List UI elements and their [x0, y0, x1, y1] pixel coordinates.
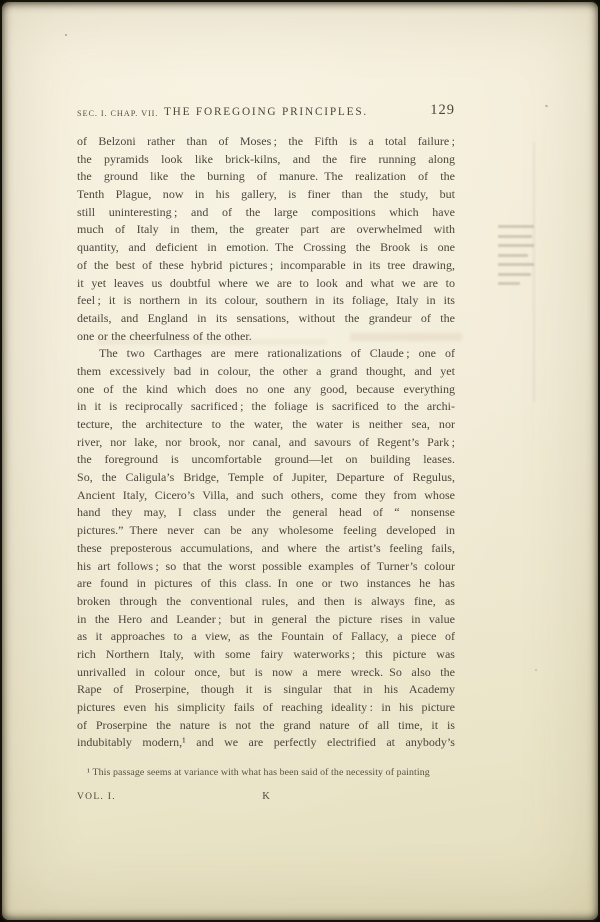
text-line: the foreground is uncomfortable ground—l… — [77, 451, 455, 469]
text-line: pictures even his simplicity fails of re… — [77, 699, 455, 717]
running-head: SEC. I. CHAP. VII. THE FOREGOING PRINCIP… — [77, 104, 455, 124]
text-line: as it approaches to a view, as the Fount… — [77, 628, 455, 646]
text-line: hand they may, I class under the general… — [77, 504, 455, 522]
volume-label: VOL. I. — [77, 792, 116, 802]
scanned-book-page: SEC. I. CHAP. VII. THE FOREGOING PRINCIP… — [0, 0, 600, 922]
text-line: the pyramids look like brick-kilns, and … — [77, 151, 455, 169]
text-line: quantity, and deficient in emotion. The … — [77, 239, 455, 257]
text-line: feel ; it is northern in its colour, sou… — [77, 292, 455, 310]
text-line: these preposterous accumulations, and wh… — [77, 540, 455, 558]
ink-speck — [65, 34, 67, 36]
text-line: Tenth Plague, now in his gallery, is fin… — [77, 186, 455, 204]
text-line: of Belzoni rather than of Moses ; the Fi… — [77, 133, 455, 151]
text-line: of the best of these hybrid pictures ; i… — [77, 257, 455, 275]
ink-speck — [535, 669, 537, 671]
text-line: So, the Caligula’s Bridge, Temple of Jup… — [77, 469, 455, 487]
text-line: them excessively bad in colour, the othe… — [77, 363, 455, 381]
text-line: much of Italy in them, the greater part … — [77, 221, 455, 239]
running-title: THE FOREGOING PRINCIPLES. — [77, 106, 455, 118]
paragraph: The two Carthages are mere rationalizati… — [77, 345, 455, 752]
text-line: of Proserpine the nature is not the gran… — [77, 717, 455, 735]
footnote: ¹ This passage seems at variance with wh… — [77, 766, 459, 779]
text-line: Rape of Proserpine, though it is singula… — [77, 681, 455, 699]
text-line: rich Northern Italy, with some fairy wat… — [77, 646, 455, 664]
bleed-through-sidenote-artifact — [498, 225, 534, 292]
text-line: unrivalled in colour once, but is now a … — [77, 664, 455, 682]
text-line: details, and England in its sensations, … — [77, 310, 455, 328]
text-line: the ground like the burning of manure. T… — [77, 168, 455, 186]
text-line: broken through the conventional rules, a… — [77, 593, 455, 611]
text-line: it yet leaves us doubtful where we are t… — [77, 275, 455, 293]
text-line: Ancient Italy, Cicero’s Villa, and such … — [77, 487, 455, 505]
text-line: The two Carthages are mere rationalizati… — [77, 345, 455, 363]
text-layer: SEC. I. CHAP. VII. THE FOREGOING PRINCIP… — [2, 2, 598, 920]
text-line: tecture, the architecture to the water, … — [77, 416, 455, 434]
bleed-through-line-artifact — [350, 333, 462, 341]
text-line: one of the kind which does no one any go… — [77, 381, 455, 399]
page-number: 129 — [430, 102, 455, 119]
text-line: river, nor lake, nor brook, nor canal, a… — [77, 434, 455, 452]
text-line: still uninteresting ; and of the large c… — [77, 204, 455, 222]
body-text: of Belzoni rather than of Moses ; the Fi… — [77, 133, 455, 752]
paragraph: of Belzoni rather than of Moses ; the Fi… — [77, 133, 455, 345]
text-line: his art follows ; so that the worst poss… — [77, 558, 455, 576]
page-edge-shadow — [533, 142, 535, 402]
signature-mark: K — [262, 791, 270, 802]
text-line: in it is reciprocally sacrificed ; the f… — [77, 398, 455, 416]
text-line: in the Hero and Leander ; but in general… — [77, 611, 455, 629]
bleed-through-line-artifact — [97, 339, 327, 345]
page-footer: VOL. I. K — [77, 791, 455, 807]
text-line: indubitably modern,¹ and we are perfectl… — [77, 734, 455, 752]
text-line: are found in pictures of this class. In … — [77, 575, 455, 593]
text-line: pictures.” There never can be any wholes… — [77, 522, 455, 540]
